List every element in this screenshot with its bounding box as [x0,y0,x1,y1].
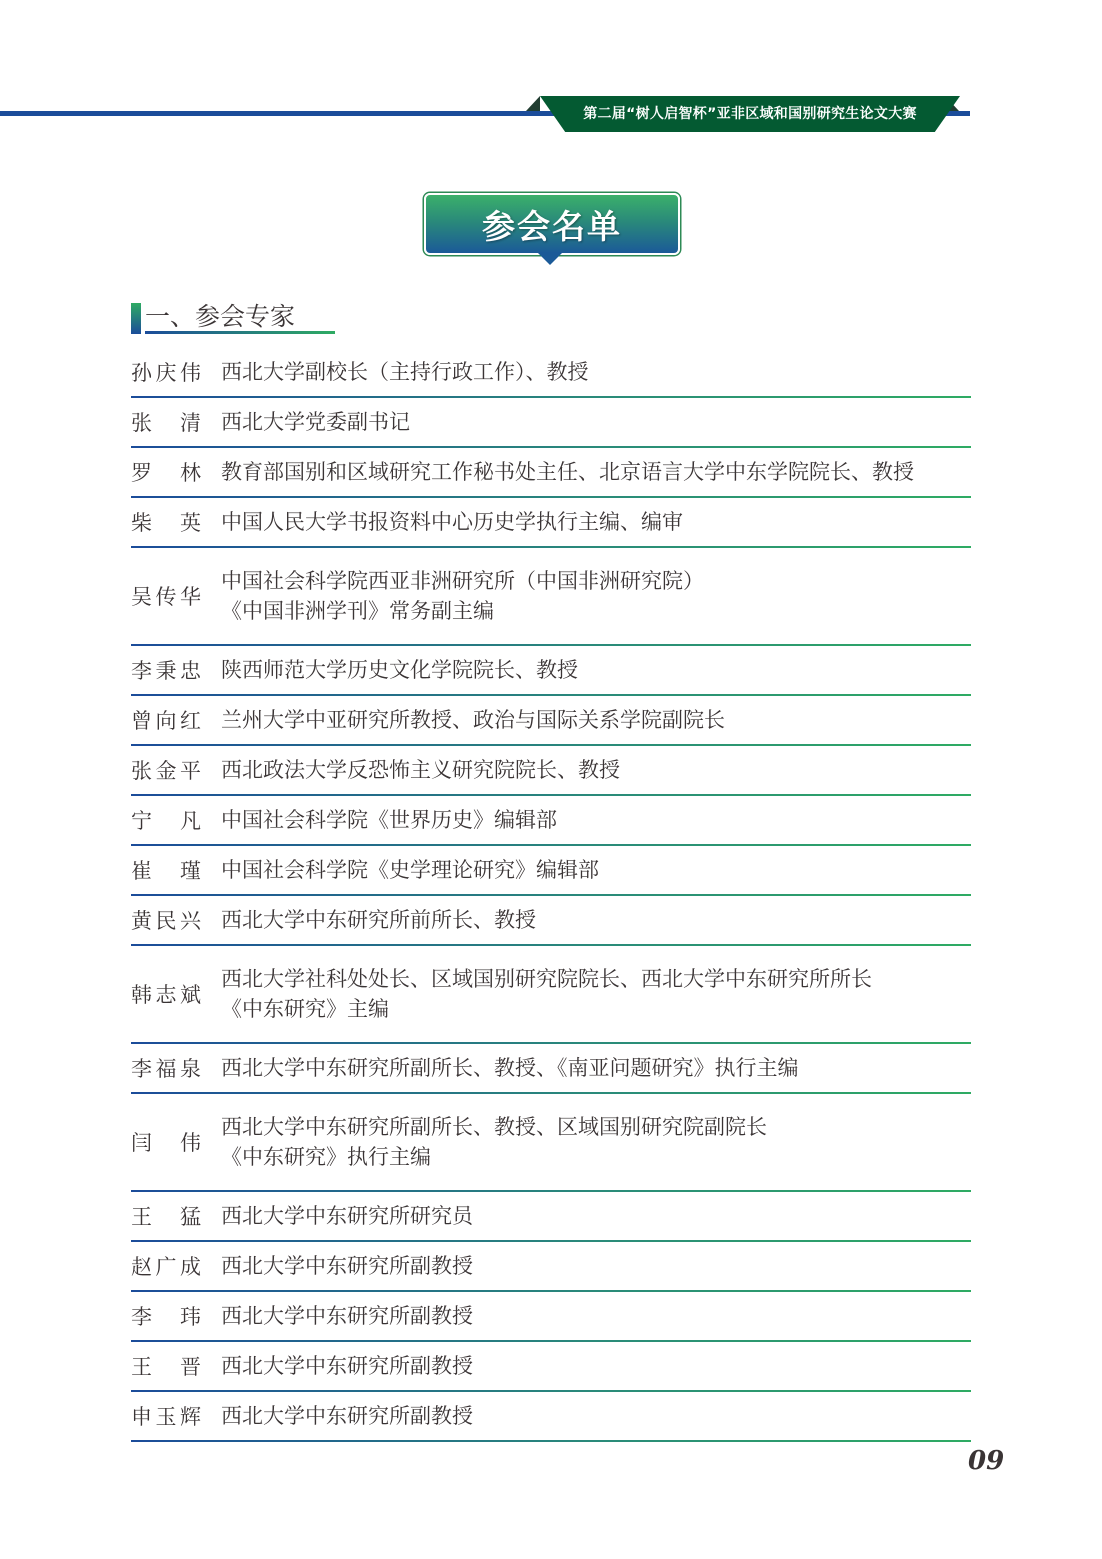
expert-name: 张金平 [131,755,201,785]
expert-title: 西北大学党委副书记 [221,407,410,437]
page-number: 09 [968,1446,1004,1476]
expert-row: 张 清西北大学党委副书记 [131,398,971,448]
expert-title: 中国社会科学院《世界历史》编辑部 [221,805,557,835]
header-banner-text: 第二届“树人启智杯”亚非区域和国别研究生论文大赛 [583,103,917,123]
page-title-box: 参会名单 [424,193,680,255]
title-pointer-icon [537,252,563,265]
expert-title: 西北大学中东研究所副教授 [221,1301,473,1331]
expert-name: 王 晋 [131,1351,201,1381]
expert-title: 西北政法大学反恐怖主义研究院院长、教授 [221,755,620,785]
expert-row: 申玉辉西北大学中东研究所副教授 [131,1392,971,1442]
section-marker [131,303,141,334]
expert-title: 教育部国别和区域研究工作秘书处主任、北京语言大学中东学院院长、教授 [221,457,914,487]
expert-row: 孙庆伟西北大学副校长（主持行政工作）、教授 [131,348,971,398]
expert-title: 西北大学中东研究所副教授 [221,1251,473,1281]
expert-title: 西北大学中东研究所副教授 [221,1351,473,1381]
expert-name: 柴 英 [131,507,201,537]
expert-title: 陕西师范大学历史文化学院院长、教授 [221,655,578,685]
expert-name: 李 玮 [131,1301,201,1331]
expert-title-line: 西北大学中东研究所副所长、教授、《南亚问题研究》执行主编 [221,1053,799,1083]
expert-name: 赵广成 [131,1251,201,1281]
expert-row: 王 晋西北大学中东研究所副教授 [131,1342,971,1392]
expert-title: 西北大学中东研究所前所长、教授 [221,905,536,935]
expert-row: 李秉忠陕西师范大学历史文化学院院长、教授 [131,646,971,696]
expert-name: 韩志斌 [131,979,201,1009]
section-underline [145,331,335,334]
expert-title-line: 西北大学中东研究所副所长、教授、区域国别研究院副院长 [221,1112,767,1142]
expert-list: 孙庆伟西北大学副校长（主持行政工作）、教授张 清西北大学党委副书记罗 林教育部国… [131,348,971,1442]
expert-row: 闫 伟西北大学中东研究所副所长、教授、区域国别研究院副院长《中东研究》执行主编 [131,1094,971,1192]
section-title: 一、参会专家 [145,301,295,333]
expert-row: 柴 英中国人民大学书报资料中心历史学执行主编、编审 [131,498,971,548]
expert-row: 李 玮西北大学中东研究所副教授 [131,1292,971,1342]
expert-row: 王 猛西北大学中东研究所研究员 [131,1192,971,1242]
expert-row: 韩志斌西北大学社科处处长、区域国别研究院院长、西北大学中东研究所所长《中东研究》… [131,946,971,1044]
expert-name: 申玉辉 [131,1401,201,1431]
expert-row: 曾向红兰州大学中亚研究所教授、政治与国际关系学院副院长 [131,696,971,746]
expert-title: 西北大学中东研究所副所长、教授、《南亚问题研究》执行主编 [221,1053,799,1083]
expert-title: 西北大学中东研究所研究员 [221,1201,473,1231]
expert-title-line: 西北大学中东研究所研究员 [221,1201,473,1231]
expert-name: 吴传华 [131,581,201,611]
expert-title-line: 《中东研究》主编 [221,994,872,1024]
expert-title: 中国人民大学书报资料中心历史学执行主编、编审 [221,507,683,537]
expert-row: 黄民兴西北大学中东研究所前所长、教授 [131,896,971,946]
expert-title-line: 中国社会科学院西亚非洲研究所（中国非洲研究院） [221,566,704,596]
header-tab-fold-left [526,96,540,111]
expert-title-line: 中国社会科学院《世界历史》编辑部 [221,805,557,835]
expert-title-line: 兰州大学中亚研究所教授、政治与国际关系学院副院长 [221,705,725,735]
page-title: 参会名单 [482,201,622,248]
expert-row: 赵广成西北大学中东研究所副教授 [131,1242,971,1292]
expert-title-line: 西北大学中东研究所前所长、教授 [221,905,536,935]
expert-title: 中国社会科学院西亚非洲研究所（中国非洲研究院）《中国非洲学刊》常务副主编 [221,566,704,626]
expert-title-line: 西北大学中东研究所副教授 [221,1351,473,1381]
expert-title-line: 《中东研究》执行主编 [221,1142,767,1172]
expert-title-line: 西北大学党委副书记 [221,407,410,437]
expert-title-line: 西北大学副校长（主持行政工作）、教授 [221,357,589,387]
expert-title-line: 中国人民大学书报资料中心历史学执行主编、编审 [221,507,683,537]
expert-name: 孙庆伟 [131,357,201,387]
header-banner: 第二届“树人启智杯”亚非区域和国别研究生论文大赛 [540,96,960,132]
expert-title: 西北大学中东研究所副教授 [221,1401,473,1431]
expert-title-line: 西北大学中东研究所副教授 [221,1251,473,1281]
expert-title-line: 西北大学社科处处长、区域国别研究院院长、西北大学中东研究所所长 [221,964,872,994]
expert-title-line: 西北政法大学反恐怖主义研究院院长、教授 [221,755,620,785]
expert-name: 崔 瑾 [131,855,201,885]
expert-name: 宁 凡 [131,805,201,835]
expert-title: 西北大学中东研究所副所长、教授、区域国别研究院副院长《中东研究》执行主编 [221,1112,767,1172]
expert-row: 罗 林教育部国别和区域研究工作秘书处主任、北京语言大学中东学院院长、教授 [131,448,971,498]
expert-name: 曾向红 [131,705,201,735]
expert-title-line: 教育部国别和区域研究工作秘书处主任、北京语言大学中东学院院长、教授 [221,457,914,487]
expert-row: 李福泉西北大学中东研究所副所长、教授、《南亚问题研究》执行主编 [131,1044,971,1094]
expert-title-line: 西北大学中东研究所副教授 [221,1401,473,1431]
expert-title: 中国社会科学院《史学理论研究》编辑部 [221,855,599,885]
expert-name: 张 清 [131,407,201,437]
expert-row: 崔 瑾中国社会科学院《史学理论研究》编辑部 [131,846,971,896]
expert-name: 李秉忠 [131,655,201,685]
expert-name: 王 猛 [131,1201,201,1231]
expert-title: 兰州大学中亚研究所教授、政治与国际关系学院副院长 [221,705,725,735]
expert-name: 闫 伟 [131,1127,201,1157]
expert-row: 张金平西北政法大学反恐怖主义研究院院长、教授 [131,746,971,796]
expert-title-line: 中国社会科学院《史学理论研究》编辑部 [221,855,599,885]
expert-title-line: 《中国非洲学刊》常务副主编 [221,596,704,626]
expert-title-line: 陕西师范大学历史文化学院院长、教授 [221,655,578,685]
expert-name: 黄民兴 [131,905,201,935]
expert-title-line: 西北大学中东研究所副教授 [221,1301,473,1331]
expert-row: 宁 凡中国社会科学院《世界历史》编辑部 [131,796,971,846]
expert-row: 吴传华中国社会科学院西亚非洲研究所（中国非洲研究院）《中国非洲学刊》常务副主编 [131,548,971,646]
expert-title: 西北大学社科处处长、区域国别研究院院长、西北大学中东研究所所长《中东研究》主编 [221,964,872,1024]
expert-name: 罗 林 [131,457,201,487]
expert-title: 西北大学副校长（主持行政工作）、教授 [221,357,589,387]
expert-name: 李福泉 [131,1053,201,1083]
